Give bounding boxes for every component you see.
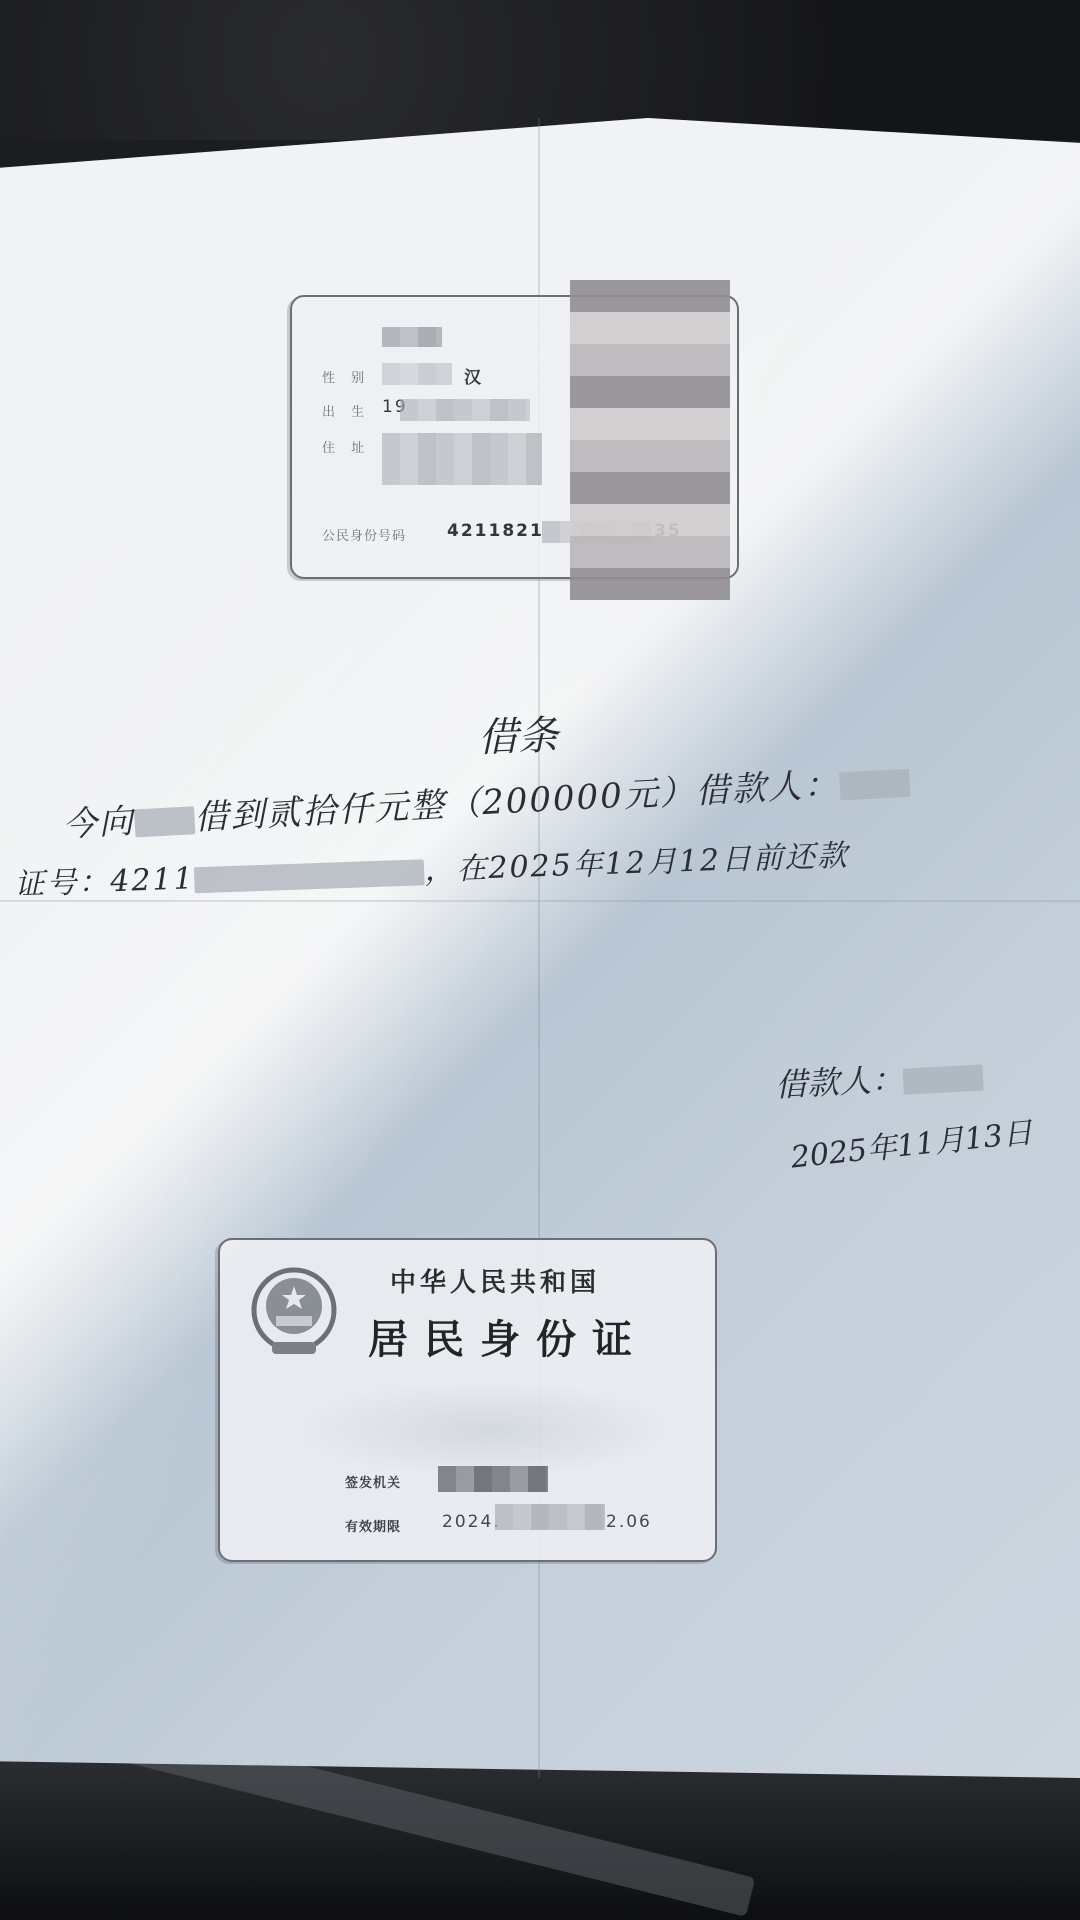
signature-label: 借款人：: [774, 1060, 904, 1105]
borrower-name-redaction: [839, 769, 910, 801]
birth-redaction: [400, 399, 530, 421]
portrait-photo-redaction: [570, 280, 730, 600]
national-emblem-icon: [250, 1266, 338, 1360]
validity-redaction: [495, 1504, 605, 1530]
id-number-partial-start: 4211821: [447, 521, 544, 541]
car-seat-background-top: [0, 0, 1080, 140]
borrower-id-redaction: [194, 859, 425, 893]
address-label: 住 址: [322, 437, 370, 456]
ethnicity-value: 汉: [464, 363, 483, 388]
birth-label: 出 生: [322, 401, 370, 420]
name-redaction: [382, 327, 442, 347]
card-country-title: 中华人民共和国: [390, 1262, 600, 1299]
gender-label: 性 别: [322, 367, 370, 386]
paper-fold-horizontal: [0, 900, 1080, 902]
address-redaction: [382, 433, 542, 485]
lender-name-redaction: [134, 806, 195, 837]
great-wall-watermark: [300, 1380, 680, 1480]
iou-line1-prefix: 今向: [62, 801, 136, 845]
validity-partial-start: 2024.: [442, 1512, 501, 1532]
gender-redaction: [382, 363, 452, 385]
issuing-authority-label: 签发机关: [345, 1472, 401, 1491]
id-card-back-copy: 中华人民共和国 居民身份证 签发机关 有效期限 2024. 2.06: [218, 1238, 717, 1562]
validity-label: 有效期限: [345, 1516, 401, 1535]
validity-partial-end: 2.06: [606, 1512, 652, 1532]
signature-name-redaction: [903, 1064, 984, 1094]
iou-line2-prefix: 证号：4211: [14, 861, 195, 902]
card-document-title: 居民身份证: [368, 1308, 648, 1365]
id-number-label: 公民身份号码: [322, 525, 406, 544]
iou-title: 借条: [477, 704, 559, 764]
issuing-authority-redaction: [438, 1466, 548, 1492]
